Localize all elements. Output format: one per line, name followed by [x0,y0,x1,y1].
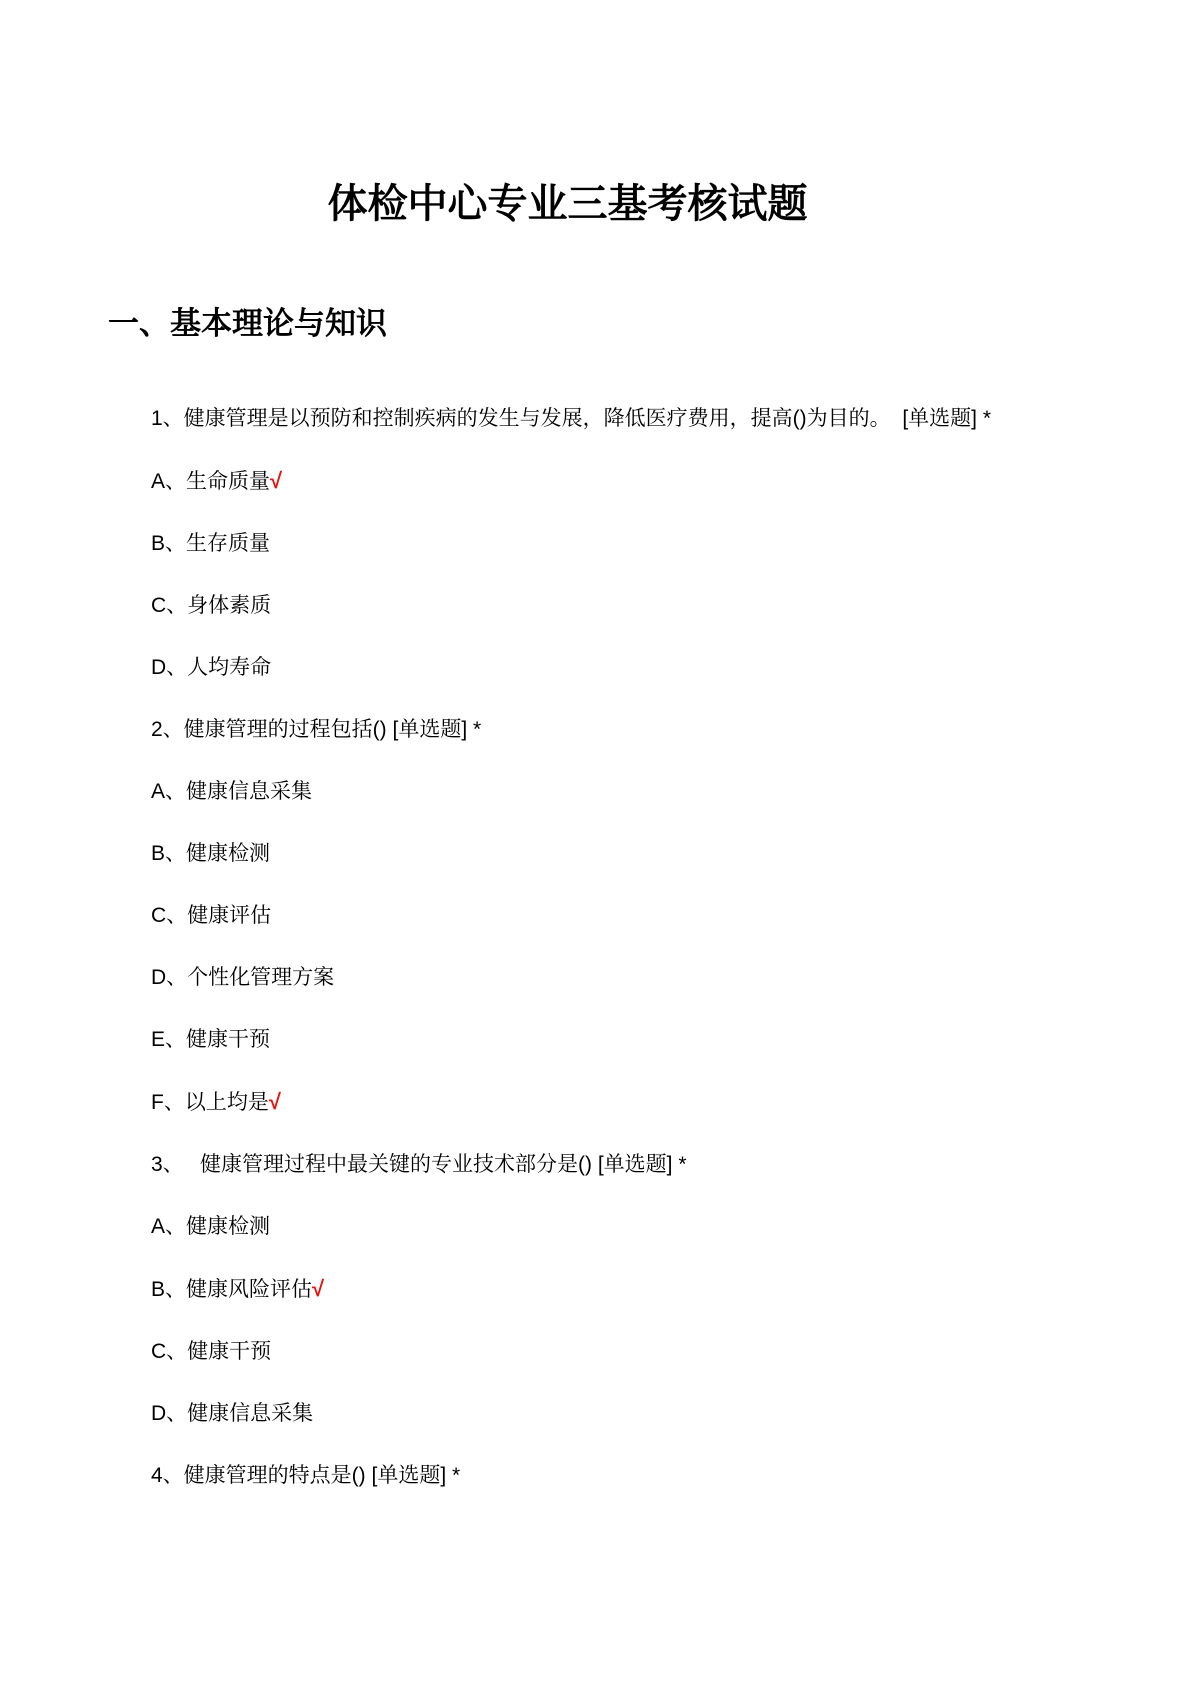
correct-answer-checkmark: √ [269,1089,281,1114]
question-3-text: 3、 健康管理过程中最关键的专业技术部分是() [单选题] * [151,1154,1030,1176]
option-text: A、生命质量 [151,470,270,493]
option-text: C、身体素质 [151,594,271,617]
document-title: 体检中心专业三基考核试题 [105,182,1030,226]
question-2-text: 2、健康管理的过程包括() [单选题] * [151,719,1030,741]
question-2: 2、健康管理的过程包括() [单选题] * A、健康信息采集 B、健康检测 C、… [151,719,1030,1114]
question-4: 4、健康管理的特点是() [单选题] * [151,1465,1030,1487]
question-2-option-a: A、健康信息采集 [151,781,1030,803]
option-text: A、健康检测 [151,1215,270,1238]
question-3-option-b: B、健康风险评估√ [151,1278,1030,1301]
question-1-option-b: B、生存质量 [151,533,1030,555]
question-1-option-c: C、身体素质 [151,595,1030,617]
option-text: B、生存质量 [151,532,270,555]
question-4-text: 4、健康管理的特点是() [单选题] * [151,1465,1030,1487]
question-2-option-f: F、以上均是√ [151,1091,1030,1114]
question-2-option-c: C、健康评估 [151,905,1030,927]
question-3-option-c: C、健康干预 [151,1341,1030,1363]
correct-answer-checkmark: √ [312,1276,324,1301]
document-page: 体检中心专业三基考核试题 一、基本理论与知识 1、健康管理是以预防和控制疾病的发… [0,0,1190,1683]
option-text: B、健康风险评估 [151,1278,312,1301]
option-text: D、个性化管理方案 [151,966,334,989]
option-text: C、健康干预 [151,1340,271,1363]
question-3-option-a: A、健康检测 [151,1216,1030,1238]
section-heading: 一、基本理论与知识 [108,308,1030,339]
question-3: 3、 健康管理过程中最关键的专业技术部分是() [单选题] * A、健康检测 B… [151,1154,1030,1425]
question-1-option-a: A、生命质量√ [151,470,1030,493]
question-2-option-e: E、健康干预 [151,1029,1030,1051]
question-2-option-b: B、健康检测 [151,843,1030,865]
option-text: D、人均寿命 [151,656,271,679]
correct-answer-checkmark: √ [270,468,282,493]
question-2-option-d: D、个性化管理方案 [151,967,1030,989]
option-text: E、健康干预 [151,1028,270,1051]
option-text: F、以上均是 [151,1091,269,1114]
option-text: A、健康信息采集 [151,780,312,803]
question-3-option-d: D、健康信息采集 [151,1403,1030,1425]
question-1-option-d: D、人均寿命 [151,657,1030,679]
option-text: B、健康检测 [151,842,270,865]
option-text: C、健康评估 [151,904,271,927]
option-text: D、健康信息采集 [151,1402,313,1425]
question-1-text: 1、健康管理是以预防和控制疾病的发生与发展，降低医疗费用，提高()为目的。 [单… [151,408,1030,430]
question-list: 1、健康管理是以预防和控制疾病的发生与发展，降低医疗费用，提高()为目的。 [单… [105,408,1030,1487]
question-1: 1、健康管理是以预防和控制疾病的发生与发展，降低医疗费用，提高()为目的。 [单… [151,408,1030,679]
